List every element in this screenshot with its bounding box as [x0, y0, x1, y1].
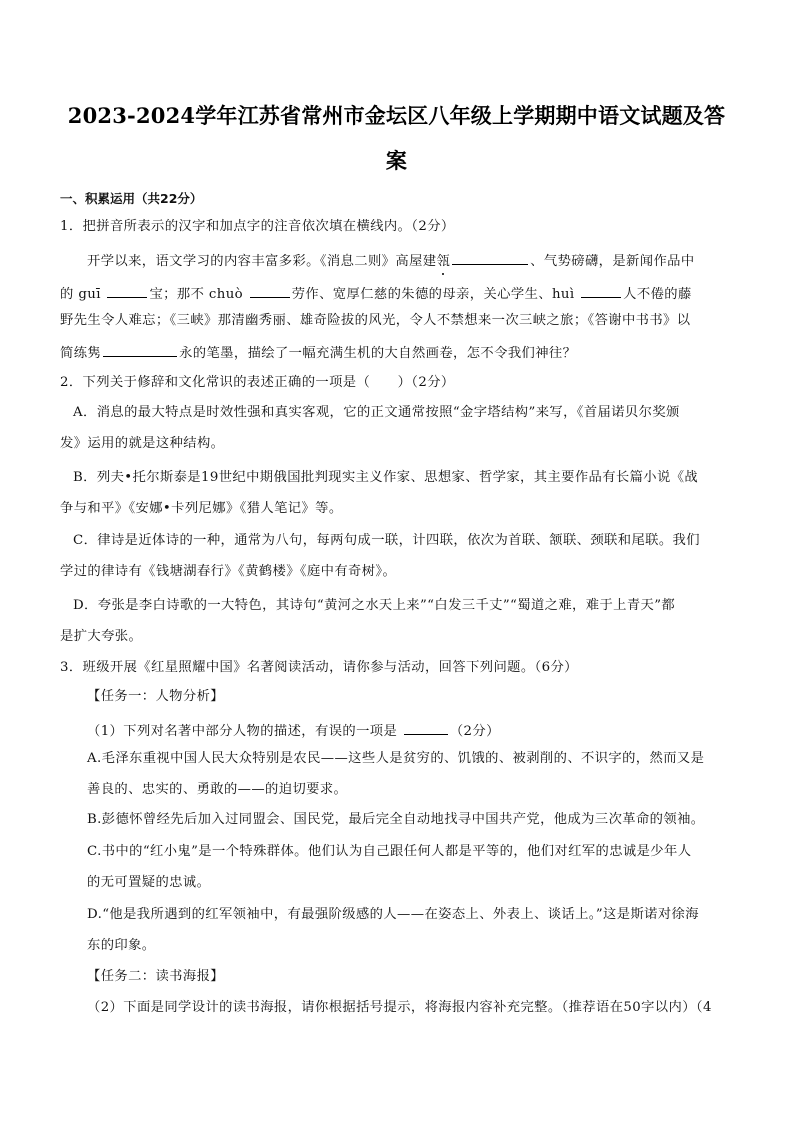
- document-title-line2: 案: [60, 145, 733, 175]
- q3-option-d-cont: 东的印象。: [87, 938, 155, 954]
- q2-option-a: A．消息的最大特点是时效性强和真实客观，它的正文通常按照“金字塔结构”来写，《首…: [73, 405, 680, 421]
- task2-heading: 【任务二：读书海报】: [87, 969, 224, 985]
- section-heading: 一、积累运用（共22分）: [60, 189, 202, 207]
- q2-option-d: D．夸张是李白诗歌的一大特色，其诗句“黄河之水天上来”“白发三千丈”“蜀道之难，…: [73, 598, 675, 614]
- q2-option-a-cont: 发》运用的就是这种结构。: [60, 436, 224, 452]
- q3-option-c-cont: 的无可置疑的忠诚。: [87, 875, 210, 891]
- document-title-line1: 2023-2024学年江苏省常州市金坛区八年级上学期期中语文试题及答: [60, 100, 733, 130]
- q3-text: （2分）: [450, 724, 500, 739]
- dotted-char: 瓴: [436, 254, 450, 270]
- q3-option-a: A.毛泽东重视中国人民大众特别是农民——这些人是贫穷的、饥饿的、被剥削的、不识字…: [87, 751, 704, 767]
- q1-passage-line4: 简练隽永的笔墨，描绘了一幅充满生机的大自然画卷，怎不令我们神往？: [60, 342, 576, 362]
- q3-text: （1）下列对名著中部分人物的描述，有误的一项是: [87, 724, 402, 739]
- q3-sub1: （1）下列对名著中部分人物的描述，有误的一项是 （2分）: [87, 720, 500, 740]
- q1-text: 的 guī: [60, 287, 105, 302]
- answer-blank[interactable]: [250, 283, 290, 298]
- q2-option-c: C．律诗是近体诗的一种，通常为八句，每两句成一联，计四联，依次为首联、颔联、颈联…: [73, 533, 700, 549]
- q2-option-d-cont: 是扩大夸张。: [60, 629, 142, 645]
- answer-blank[interactable]: [404, 720, 448, 735]
- q1-text: 宝；那不 chuò: [149, 287, 247, 302]
- q3-option-c: C.书中的“红小鬼”是一个特殊群体。他们认为自己跟任何人都是平等的，他们对红军的…: [87, 844, 691, 860]
- q3-option-a-cont: 善良的、忠实的、勇敢的——的迫切要求。: [87, 782, 347, 798]
- q1-passage-line2: 的 guī 宝；那不 chuò 劳作、宽厚仁慈的朱德的母亲，关心学生、huì 人…: [60, 283, 692, 303]
- q1-passage-line1: 开学以来，语文学习的内容丰富多彩。《消息二则》高屋建瓴、气势磅礴，是新闻作品中: [87, 250, 695, 270]
- answer-blank[interactable]: [581, 283, 621, 298]
- q3-option-d: D.“他是我所遇到的红军领袖中，有最强阶级感的人——在姿态上、外表上、谈话上。”…: [87, 907, 699, 923]
- exam-page: 2023-2024学年江苏省常州市金坛区八年级上学期期中语文试题及答 案 一、积…: [0, 0, 793, 1122]
- q1-stem: 1．把拼音所表示的汉字和加点字的注音依次填在横线内。（2分）: [60, 219, 455, 235]
- q2-option-b-cont: 争与和平》《安娜•卡列尼娜》《猎人笔记》等。: [60, 501, 343, 517]
- q3-option-b: B.彭德怀曾经先后加入过同盟会、国民党，最后完全自动地找寻中国共产党，他成为三次…: [87, 812, 704, 828]
- q3-stem: 3．班级开展《红星照耀中国》名著阅读活动，请你参与活动，回答下列问题。（6分）: [60, 660, 578, 676]
- q1-text: 开学以来，语文学习的内容丰富多彩。《消息二则》高屋建: [87, 254, 436, 269]
- q1-text: 简练隽: [60, 346, 101, 361]
- q2-stem: 2．下列关于修辞和文化常识的表述正确的一项是（ ）（2分）: [60, 375, 455, 391]
- answer-blank[interactable]: [103, 342, 177, 357]
- answer-blank[interactable]: [452, 250, 528, 265]
- q3-sub2: （2）下面是同学设计的读书海报，请你根据括号提示，将海报内容补充完整。（推荐语在…: [87, 1000, 712, 1016]
- q2-option-b: B．列夫•托尔斯泰是19世纪中期俄国批判现实主义作家、思想家、哲学家，其主要作品…: [73, 470, 698, 486]
- q1-text: 人不倦的藤: [623, 287, 691, 302]
- q1-text: 劳作、宽厚仁慈的朱德的母亲，关心学生、huì: [292, 287, 579, 302]
- q2-option-c-cont: 学过的律诗有《钱塘湖春行》《黄鹤楼》《庭中有奇树》。: [60, 564, 396, 580]
- q1-text: 、气势磅礴，是新闻作品中: [530, 254, 694, 269]
- answer-blank[interactable]: [107, 283, 147, 298]
- q1-text: 永的笔墨，描绘了一幅充满生机的大自然画卷，怎不令我们神往？: [179, 346, 576, 361]
- q1-passage-line3: 野先生令人难忘；《三峡》那清幽秀丽、雄奇险拔的风光，令人不禁想来一次三峡之旅；《…: [60, 313, 690, 329]
- task1-heading: 【任务一：人物分析】: [87, 689, 224, 705]
